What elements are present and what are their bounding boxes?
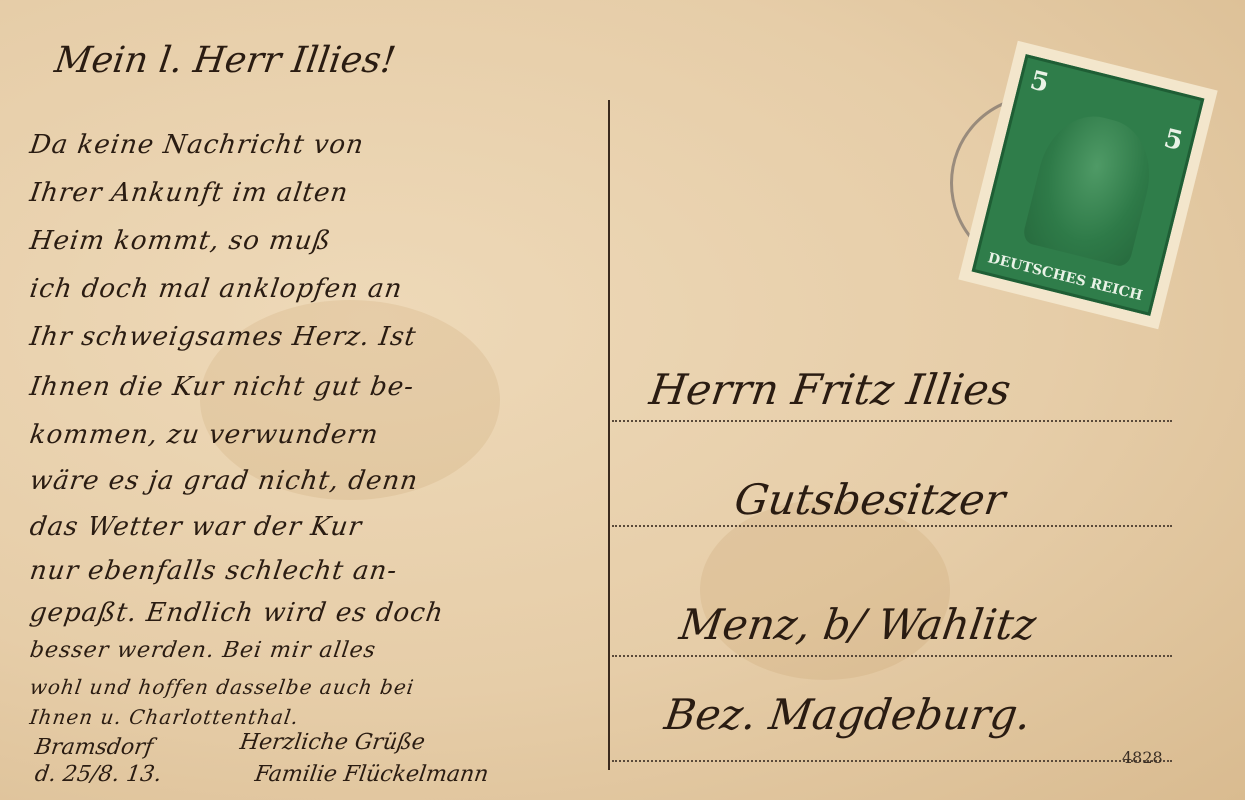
print-number: 4828	[1122, 748, 1163, 767]
address-region: Bez. Magdeburg.	[662, 690, 1034, 739]
germania-portrait	[1021, 106, 1162, 268]
message-line: Heim kommt, so muß	[28, 226, 333, 256]
stamp-value: 5	[1027, 65, 1052, 98]
message-line: das Wetter war der Kur	[28, 512, 364, 542]
address-town: Menz, b/ Wahlitz	[677, 600, 1039, 649]
address-rule	[612, 420, 1172, 422]
message-line: ich doch mal anklopfen an	[28, 274, 405, 304]
message-line: wohl und hoffen dasselbe auch bei	[28, 675, 416, 699]
paper-stain	[700, 500, 950, 680]
address-occupation: Gutsbesitzer	[732, 475, 1009, 524]
message-line: gepaßt. Endlich wird es doch	[28, 598, 446, 628]
signature: Familie Flückelmann	[253, 762, 490, 787]
greeting: Mein l. Herr Illies!	[52, 40, 398, 81]
date: d. 25/8. 13.	[33, 762, 163, 787]
divider-line	[608, 100, 610, 770]
stamp-value: 5	[1161, 124, 1186, 157]
message-line: besser werden. Bei mir alles	[28, 638, 377, 663]
message-line: Ihrer Ankunft im alten	[28, 178, 350, 208]
closing: Herzliche Grüße	[238, 730, 426, 755]
postage-stamp: 5 5 DEUTSCHES REICH	[962, 44, 1214, 325]
message-line: Ihnen u. Charlottenthal.	[28, 705, 300, 729]
message-line: Ihr schweigsames Herz. Ist	[28, 322, 418, 352]
postcard-back: Mein l. Herr Illies! Da keine Nachricht …	[0, 0, 1245, 800]
message-line: wäre es ja grad nicht, denn	[28, 466, 420, 496]
address-rule	[612, 655, 1172, 657]
address-rule	[612, 760, 1172, 762]
germania-stamp-icon: 5 5 DEUTSCHES REICH	[972, 54, 1205, 316]
message-line: kommen, zu verwundern	[28, 420, 381, 450]
message-line: nur ebenfalls schlecht an-	[28, 556, 399, 586]
message-line: Ihnen die Kur nicht gut be-	[28, 372, 416, 402]
place: Bramsdorf	[33, 735, 154, 760]
address-rule	[612, 525, 1172, 527]
message-line: Da keine Nachricht von	[28, 130, 366, 160]
address-recipient: Herrn Fritz Illies	[647, 365, 1014, 414]
